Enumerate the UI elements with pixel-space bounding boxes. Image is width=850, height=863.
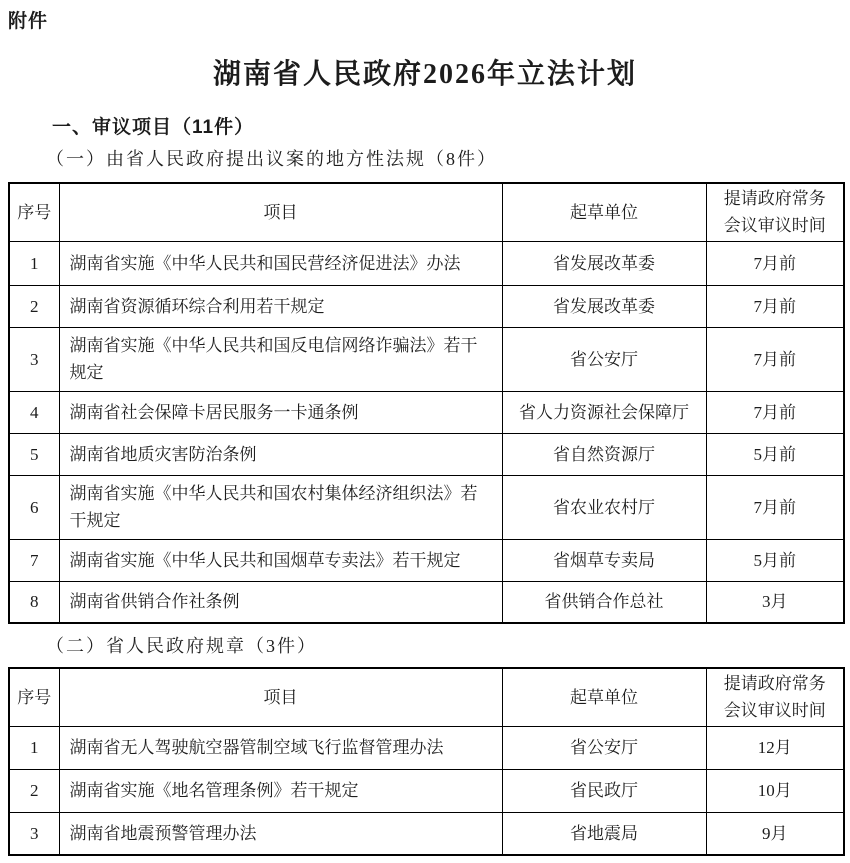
review-time: 10月	[706, 769, 844, 812]
table-row: 8 湖南省供销合作社条例 省供销合作总社 3月	[9, 581, 844, 623]
drafting-unit: 省民政厅	[502, 769, 706, 812]
table-row: 4 湖南省社会保障卡居民服务一卡通条例 省人力资源社会保障厅 7月前	[9, 391, 844, 433]
section-heading-review-items: 一、审议项目（11件）	[52, 112, 254, 139]
row-index: 2	[9, 285, 59, 327]
table-row: 1 湖南省实施《中华人民共和国民营经济促进法》办法 省发展改革委 7月前	[9, 241, 844, 285]
table-row: 3 湖南省实施《中华人民共和国反电信网络诈骗法》若干规定 省公安厅 7月前	[9, 327, 844, 391]
review-time: 7月前	[706, 285, 844, 327]
project-name: 湖南省社会保障卡居民服务一卡通条例	[59, 391, 502, 433]
review-time: 5月前	[706, 433, 844, 475]
review-time: 7月前	[706, 475, 844, 539]
review-time: 7月前	[706, 327, 844, 391]
drafting-unit: 省地震局	[502, 812, 706, 855]
drafting-unit: 省烟草专卖局	[502, 539, 706, 581]
row-index: 5	[9, 433, 59, 475]
review-time: 12月	[706, 726, 844, 769]
project-name: 湖南省实施《中华人民共和国烟草专卖法》若干规定	[59, 539, 502, 581]
table-row: 7 湖南省实施《中华人民共和国烟草专卖法》若干规定 省烟草专卖局 5月前	[9, 539, 844, 581]
table-row: 2 湖南省资源循环综合利用若干规定 省发展改革委 7月前	[9, 285, 844, 327]
row-index: 1	[9, 241, 59, 285]
project-name: 湖南省资源循环综合利用若干规定	[59, 285, 502, 327]
local-regulations-table: 序号 项目 起草单位 提请政府常务 会议审议时间 1 湖南省实施《中华人民共和国…	[8, 182, 845, 624]
drafting-unit: 省供销合作总社	[502, 581, 706, 623]
column-header-project: 项目	[59, 668, 502, 726]
table-header-row: 序号 项目 起草单位 提请政府常务 会议审议时间	[9, 668, 844, 726]
row-index: 1	[9, 726, 59, 769]
row-index: 8	[9, 581, 59, 623]
row-index: 4	[9, 391, 59, 433]
project-name: 湖南省实施《中华人民共和国民营经济促进法》办法	[59, 241, 502, 285]
column-header-review-time: 提请政府常务 会议审议时间	[706, 183, 844, 241]
project-name: 湖南省地质灾害防治条例	[59, 433, 502, 475]
table-row: 6 湖南省实施《中华人民共和国农村集体经济组织法》若干规定 省农业农村厅 7月前	[9, 475, 844, 539]
review-time: 7月前	[706, 241, 844, 285]
drafting-unit: 省发展改革委	[502, 285, 706, 327]
project-name: 湖南省实施《中华人民共和国农村集体经济组织法》若干规定	[59, 475, 502, 539]
table-header-row: 序号 项目 起草单位 提请政府常务 会议审议时间	[9, 183, 844, 241]
table-row: 1 湖南省无人驾驶航空器管制空域飞行监督管理办法 省公安厅 12月	[9, 726, 844, 769]
column-header-index: 序号	[9, 183, 59, 241]
column-header-index: 序号	[9, 668, 59, 726]
table-row: 2 湖南省实施《地名管理条例》若干规定 省民政厅 10月	[9, 769, 844, 812]
drafting-unit: 省公安厅	[502, 327, 706, 391]
document-page: { "page": { "attachment_label": "附件", "t…	[0, 0, 850, 863]
project-name: 湖南省实施《地名管理条例》若干规定	[59, 769, 502, 812]
drafting-unit: 省人力资源社会保障厅	[502, 391, 706, 433]
review-time: 7月前	[706, 391, 844, 433]
subsection-heading-local-regulations: （一）由省人民政府提出议案的地方性法规（8件）	[46, 145, 497, 171]
drafting-unit: 省农业农村厅	[502, 475, 706, 539]
row-index: 7	[9, 539, 59, 581]
drafting-unit: 省发展改革委	[502, 241, 706, 285]
row-index: 3	[9, 327, 59, 391]
project-name: 湖南省实施《中华人民共和国反电信网络诈骗法》若干规定	[59, 327, 502, 391]
table-row: 3 湖南省地震预警管理办法 省地震局 9月	[9, 812, 844, 855]
review-time: 9月	[706, 812, 844, 855]
column-header-drafting-unit: 起草单位	[502, 183, 706, 241]
attachment-label: 附件	[8, 6, 48, 33]
row-index: 2	[9, 769, 59, 812]
government-rules-table: 序号 项目 起草单位 提请政府常务 会议审议时间 1 湖南省无人驾驶航空器管制空…	[8, 667, 845, 856]
table-row: 5 湖南省地质灾害防治条例 省自然资源厅 5月前	[9, 433, 844, 475]
column-header-drafting-unit: 起草单位	[502, 668, 706, 726]
drafting-unit: 省自然资源厅	[502, 433, 706, 475]
review-time: 3月	[706, 581, 844, 623]
review-time: 5月前	[706, 539, 844, 581]
drafting-unit: 省公安厅	[502, 726, 706, 769]
project-name: 湖南省地震预警管理办法	[59, 812, 502, 855]
row-index: 3	[9, 812, 59, 855]
column-header-review-time: 提请政府常务 会议审议时间	[706, 668, 844, 726]
project-name: 湖南省无人驾驶航空器管制空域飞行监督管理办法	[59, 726, 502, 769]
row-index: 6	[9, 475, 59, 539]
project-name: 湖南省供销合作社条例	[59, 581, 502, 623]
column-header-project: 项目	[59, 183, 502, 241]
page-title: 湖南省人民政府2026年立法计划	[0, 52, 850, 92]
subsection-heading-government-rules: （二）省人民政府规章（3件）	[46, 632, 317, 658]
